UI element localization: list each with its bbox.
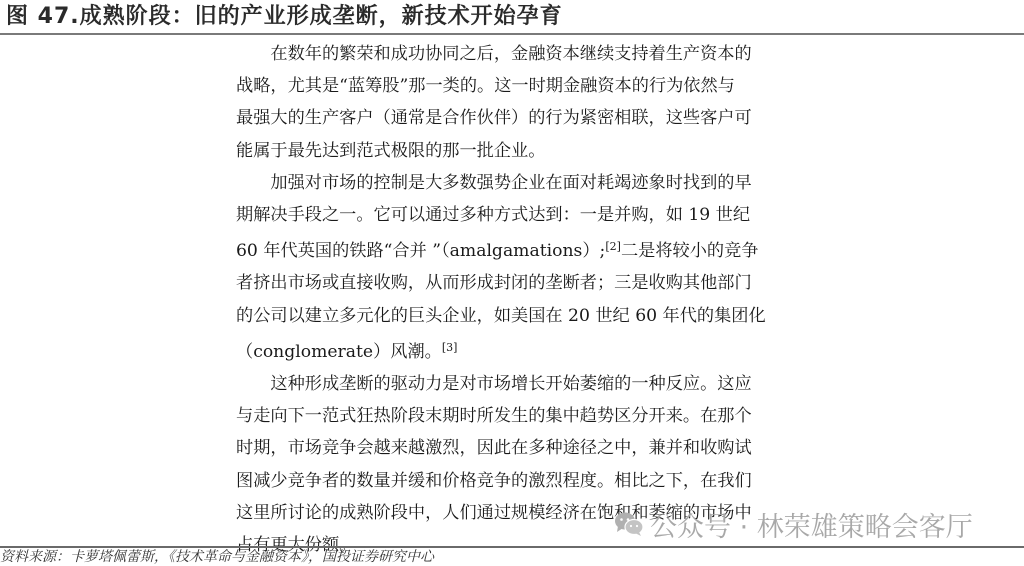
paragraph-2: 加强对市场的控制是大多数强势企业在面对耗竭迹象时找到的早 期解决手段之一。它可以… [236, 167, 796, 368]
text-line: 这种形成垄断的驱动力是对市场增长开始萎缩的一种反应。这应 [236, 368, 796, 400]
text-line-with-footnote: （conglomerate）风潮。[3] [236, 332, 796, 368]
text-line: 期解决手段之一。它可以通过多种方式达到：一是并购，如 19 世纪 [236, 199, 796, 231]
text-line: 在数年的繁荣和成功协同之后，金融资本继续支持着生产资本的 [236, 38, 796, 70]
text-line: 能属于最先达到范式极限的那一批企业。 [236, 135, 796, 167]
wechat-icon [614, 511, 644, 537]
title-divider [0, 33, 1024, 35]
footnote-ref: [2] [605, 240, 621, 253]
watermark: 公众号 · 林荣雄策略会客厅 [614, 504, 973, 544]
text-line: 加强对市场的控制是大多数强势企业在面对耗竭迹象时找到的早 [236, 167, 796, 199]
source-note: 资料来源：卡萝塔佩蕾斯，《技术革命与金融资本》，国投证券研究中心 [0, 548, 434, 566]
text-line: 与走向下一范式狂热阶段末期时所发生的集中趋势区分开来。在那个 [236, 400, 796, 432]
excerpt-body: 在数年的繁荣和成功协同之后，金融资本继续支持着生产资本的 战略，尤其是“蓝筹股”… [236, 38, 796, 561]
paragraph-1: 在数年的繁荣和成功协同之后，金融资本继续支持着生产资本的 战略，尤其是“蓝筹股”… [236, 38, 796, 167]
text-segment: （conglomerate）风潮。 [236, 342, 442, 362]
watermark-text: 公众号 · 林荣雄策略会客厅 [650, 505, 973, 544]
footnote-ref: [3] [442, 341, 458, 354]
text-segment: 60 年代英国的铁路“合并 ”（amalgamations）; [236, 241, 605, 261]
text-line: 时期，市场竞争会越来越激烈，因此在多种途径之中，兼并和收购试 [236, 432, 796, 464]
text-line: 图减少竞争者的数量并缓和价格竞争的激烈程度。相比之下，在我们 [236, 465, 796, 497]
text-line: 战略，尤其是“蓝筹股”那一类的。这一时期金融资本的行为依然与 [236, 70, 796, 102]
text-line-with-footnote: 60 年代英国的铁路“合并 ”（amalgamations）;[2]二是将较小的… [236, 231, 796, 267]
text-segment: 二是将较小的竞争 [621, 241, 759, 261]
text-line: 者挤出市场或直接收购，从而形成封闭的垄断者；三是收购其他部门 [236, 267, 796, 299]
figure-title: 图 47.成熟阶段：旧的产业形成垄断，新技术开始孕育 [6, 2, 563, 32]
text-line: 最强大的生产客户（通常是合作伙伴）的行为紧密相联，这些客户可 [236, 102, 796, 134]
text-line: 的公司以建立多元化的巨头企业，如美国在 20 世纪 60 年代的集团化 [236, 300, 796, 332]
